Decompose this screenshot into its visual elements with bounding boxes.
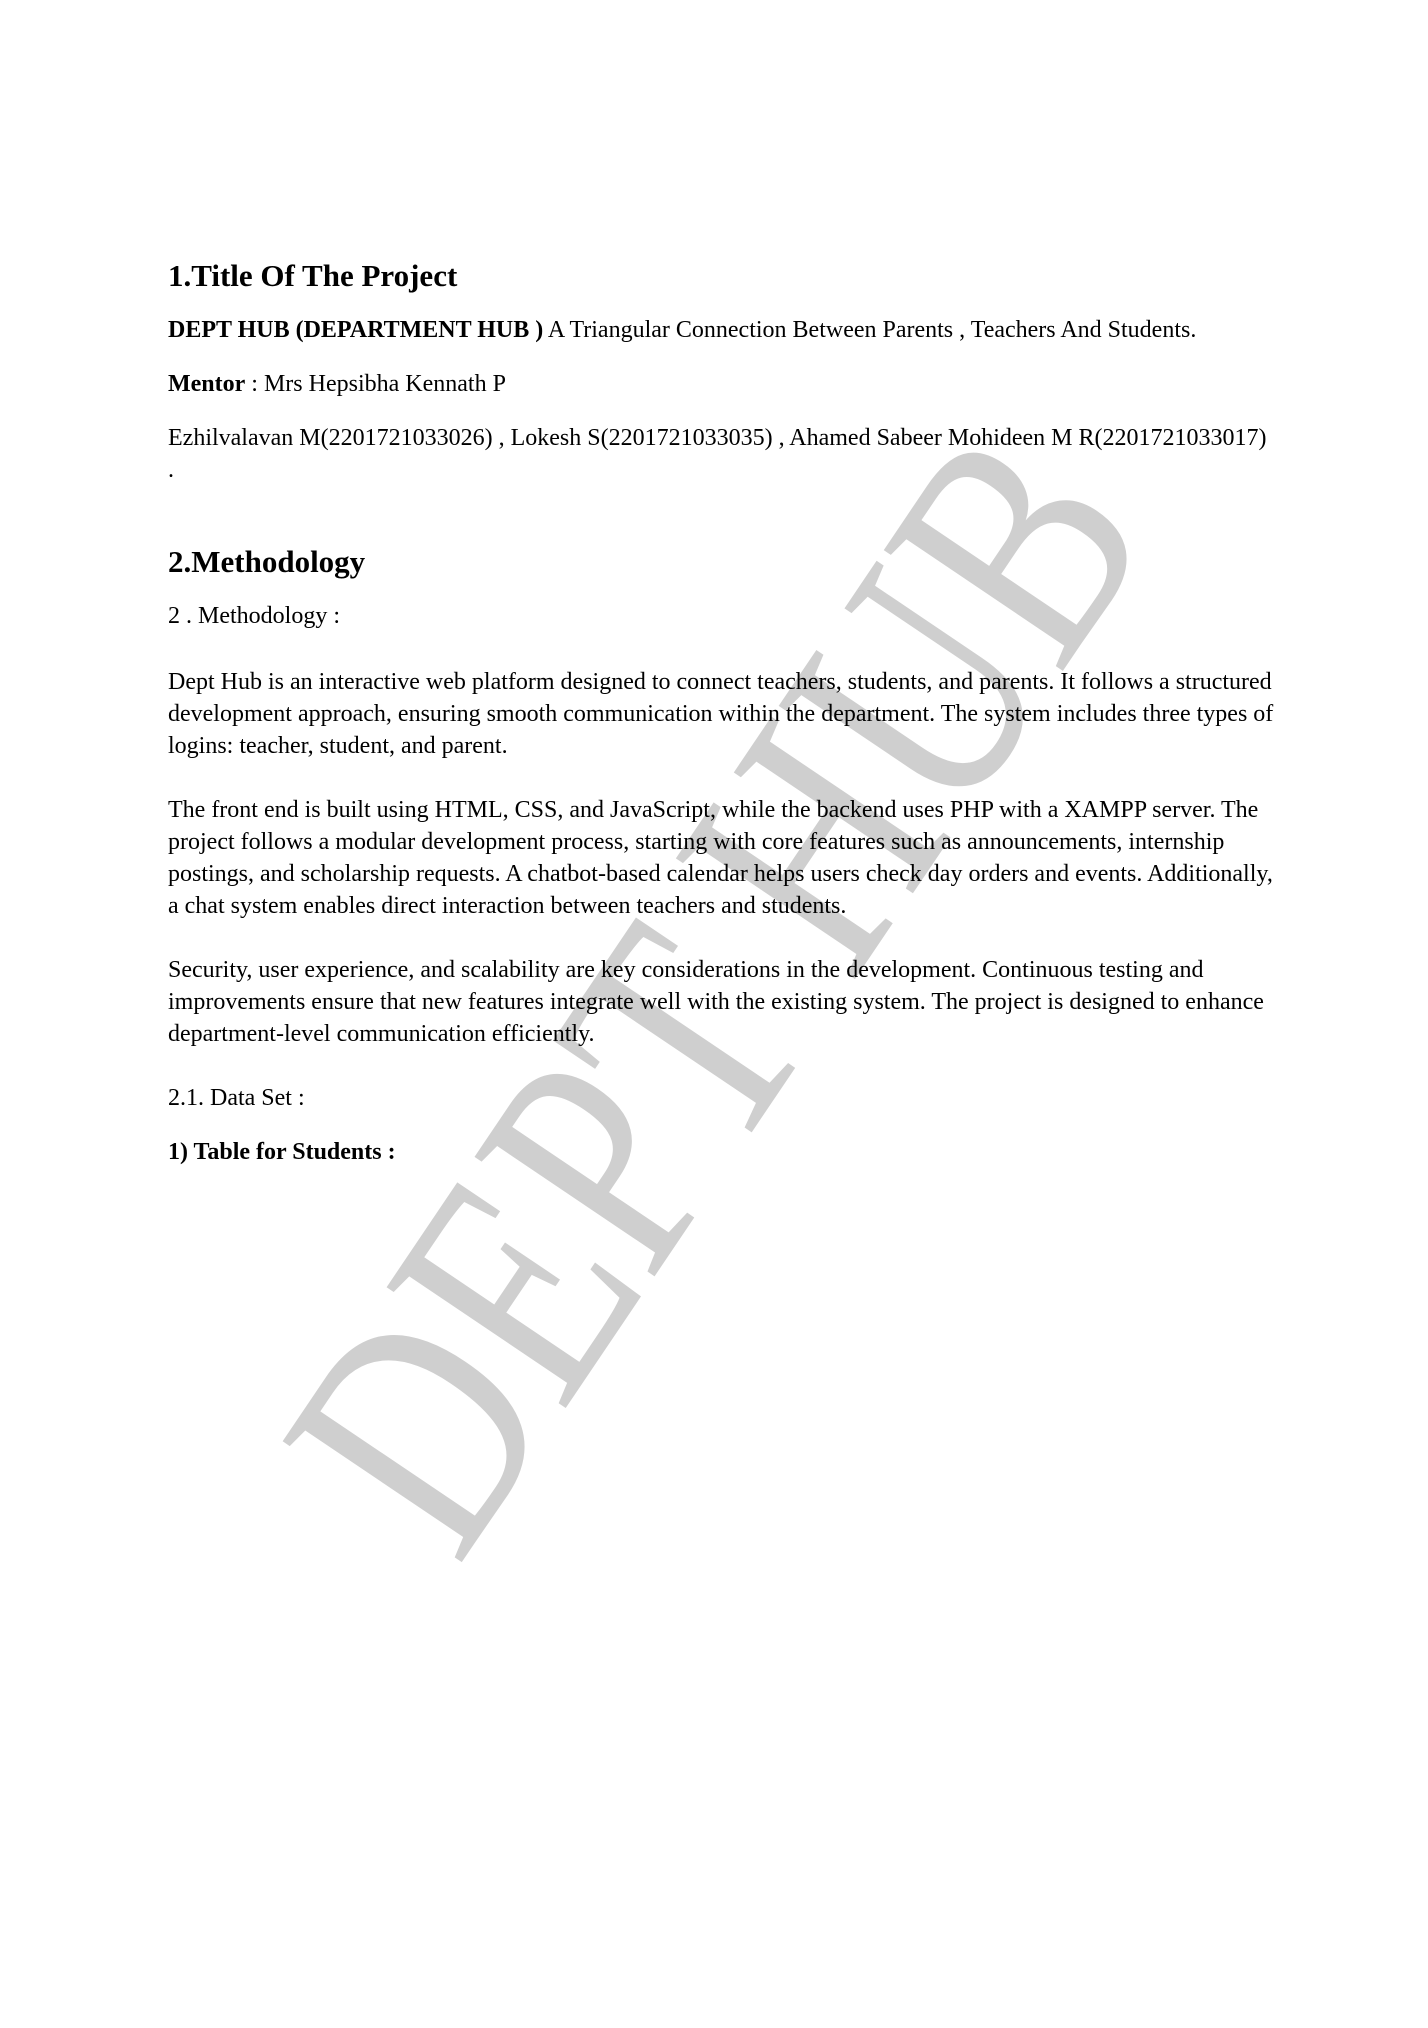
methodology-subheading: 2 . Methodology : — [168, 600, 1278, 632]
project-title: DEPT HUB (DEPARTMENT HUB ) A Triangular … — [168, 314, 1278, 346]
methodology-paragraph: The front end is built using HTML, CSS, … — [168, 794, 1278, 922]
mentor-label: Mentor — [168, 371, 245, 397]
team-members: Ezhilvalavan M(2201721033026) , Lokesh S… — [168, 422, 1278, 486]
section-heading-title: 1.Title Of The Project — [168, 256, 1278, 296]
document-content: 1.Title Of The Project DEPT HUB (DEPARTM… — [168, 256, 1278, 1168]
project-title-description: A Triangular Connection Between Parents … — [543, 317, 1196, 343]
methodology-paragraph: Dept Hub is an interactive web platform … — [168, 666, 1278, 762]
document-page: DEPT HUB 1.Title Of The Project DEPT HUB… — [0, 0, 1428, 2028]
dataset-label: 2.1. Data Set : — [168, 1082, 1278, 1114]
methodology-paragraph: Security, user experience, and scalabili… — [168, 954, 1278, 1050]
mentor-name: : Mrs Hepsibha Kennath P — [245, 371, 506, 397]
mentor-line: Mentor : Mrs Hepsibha Kennath P — [168, 368, 1278, 400]
section-heading-methodology: 2.Methodology — [168, 542, 1278, 582]
students-table-heading: 1) Table for Students : — [168, 1136, 1278, 1168]
project-title-bold: DEPT HUB (DEPARTMENT HUB ) — [168, 317, 543, 343]
